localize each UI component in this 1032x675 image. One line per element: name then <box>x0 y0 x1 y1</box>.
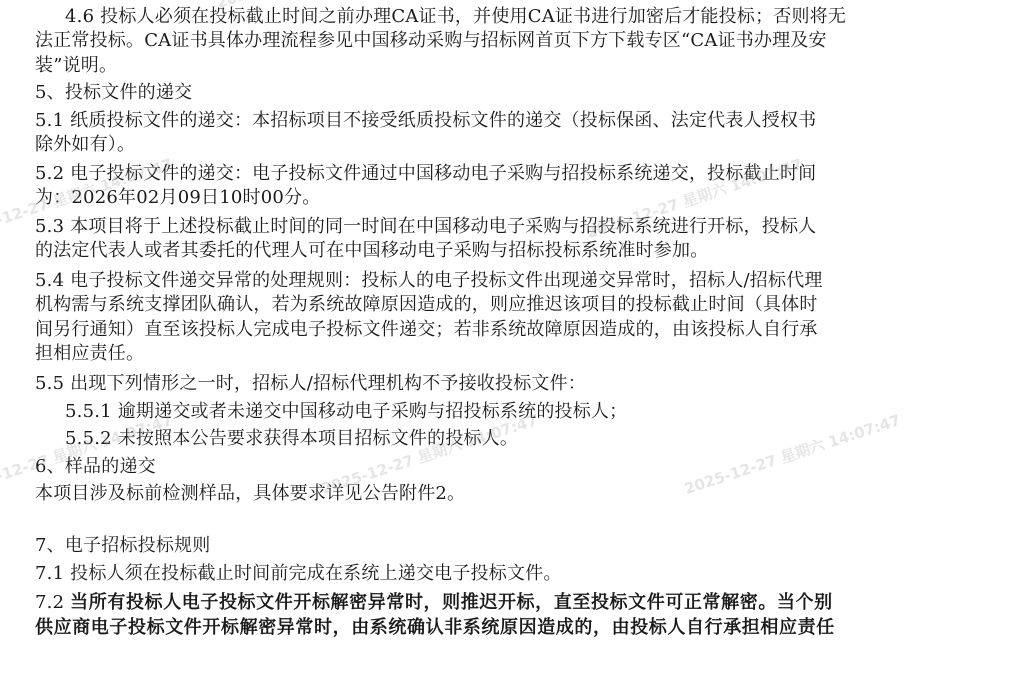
clause-7-2-line-2: 供应商电子投标文件开标解密异常时，由系统确认非系统原因造成的，由投标人自行承担相… <box>35 616 835 640</box>
clause-5-1-line-1: 5.1 纸质投标文件的递交：本招标项目不接受纸质投标文件的递交（投标保函、法定代… <box>35 109 816 133</box>
section-6-body: 本项目涉及标前检测样品，具体要求详见公告附件2。 <box>35 482 465 506</box>
watermark-7: 2025-12-27 星期六 14:07:47 <box>682 409 903 499</box>
section-7-heading: 7、电子招标投标规则 <box>35 534 210 558</box>
clause-5-5: 5.5 出现下列情形之一时，招标人/招标代理机构不予接收投标文件： <box>35 372 586 396</box>
clause-5-4-line-3: 间另行通知）直至该投标人完成电子投标文件递交；若非系统故障原因造成的，由该投标人… <box>35 318 818 342</box>
clause-7-2-number: 7.2 <box>35 592 70 613</box>
clause-7-2-bold-text: 当所有投标人电子投标文件开标解密异常时，则推迟开标，直至投标文件可正常解密。当个… <box>70 592 833 613</box>
clause-5-3-line-2: 的法定代表人或者其委托的代理人可在中国移动电子采购与招标投标系统准时参加。 <box>35 239 708 263</box>
clause-5-4-line-1: 5.4 电子投标文件递交异常的处理规则：投标人的电子投标文件出现递交异常时，招标… <box>35 269 823 293</box>
clause-4-6-line-2: 法正常投标。CA证书具体办理流程参见中国移动采购与招标网首页下方下载专区“CA证… <box>35 29 827 53</box>
clause-5-2-line-2: 为：2026年02月09日10时00分。 <box>35 186 320 210</box>
clause-5-1-line-2: 除外如有）。 <box>35 133 135 157</box>
clause-5-3-line-1: 5.3 本项目将于上述投标截止时间的同一时间在中国移动电子采购与招投标系统进行开… <box>35 215 816 239</box>
clause-5-2-line-1: 5.2 电子投标文件的递交：电子投标文件通过中国移动电子采购与招投标系统递交，投… <box>35 162 816 186</box>
clause-5-5-2: 5.5.2 未按照本公告要求获得本项目招标文件的投标人。 <box>65 427 518 451</box>
clause-7-2-line-1: 7.2 当所有投标人电子投标文件开标解密异常时，则推迟开标，直至投标文件可正常解… <box>35 591 833 615</box>
clause-5-5-1: 5.5.1 逾期递交或者未递交中国移动电子采购与招投标系统的投标人； <box>65 400 627 424</box>
clause-5-4-line-2: 机构需与系统支撑团队确认，若为系统故障原因造成的，则应推迟该项目的投标截止时间（… <box>35 293 818 317</box>
clause-7-1: 7.1 投标人须在投标截止时间前完成在系统上递交电子投标文件。 <box>35 562 562 586</box>
clause-4-6-line-1: 4.6 投标人必须在投标截止时间之前办理CA证书，并使用CA证书进行加密后才能投… <box>65 5 846 29</box>
section-5-heading: 5、投标文件的递交 <box>35 81 192 105</box>
clause-4-6-line-3: 装”说明。 <box>35 54 117 78</box>
section-6-heading: 6、样品的递交 <box>35 455 156 479</box>
clause-5-4-line-4: 担相应责任。 <box>35 342 144 366</box>
